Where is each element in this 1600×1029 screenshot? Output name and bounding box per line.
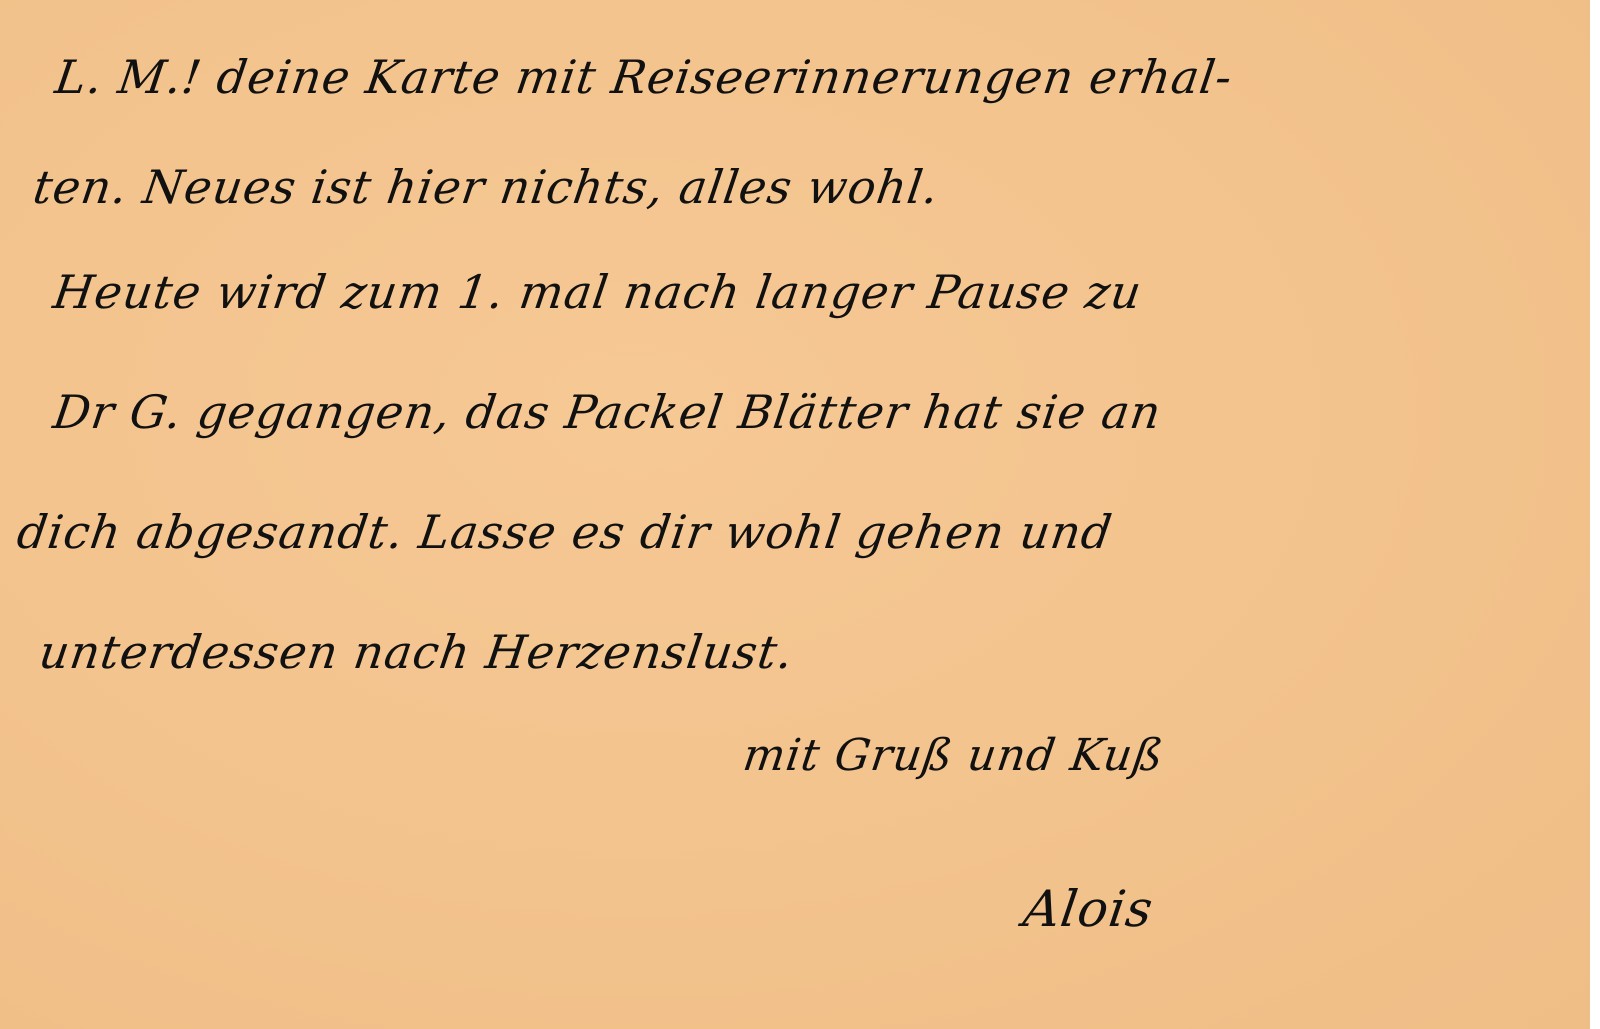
- text-line-5: dich abgesandt. Lasse es dir wohl gehen …: [14, 505, 1116, 559]
- text-line-6: unterdessen nach Herzenslust.: [36, 625, 797, 679]
- text-line-2: ten. Neues ist hier nichts, alles wohl.: [30, 160, 943, 214]
- text-line-3: Heute wird zum 1. mal nach langer Pause …: [50, 265, 1145, 319]
- postcard: L. M.! deine Karte mit Reiseerinnerungen…: [0, 0, 1590, 1029]
- text-line-4: Dr G. gegangen, das Packel Blätter hat s…: [50, 385, 1165, 439]
- signature: Alois: [1020, 880, 1157, 938]
- closing-line: mit Gruß und Kuß: [740, 730, 1167, 781]
- text-line-1: L. M.! deine Karte mit Reiseerinnerungen…: [52, 50, 1236, 104]
